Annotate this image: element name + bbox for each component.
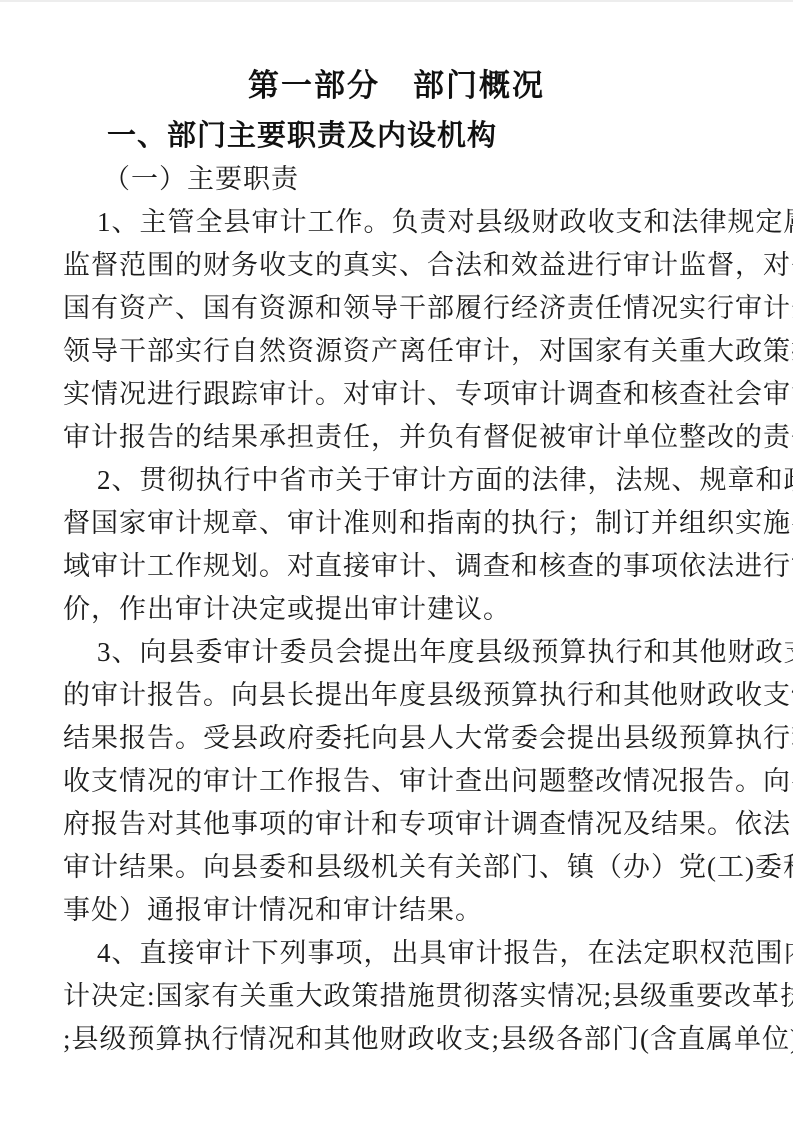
paragraph-line: 审计结果。向县委和县级机关有关部门、镇（办）党(工)委和政府（办 bbox=[63, 846, 730, 889]
paragraph-line: 实情况进行跟踪审计。对审计、专项审计调查和核查社会审计机构相关 bbox=[63, 373, 730, 416]
paragraph-line: 审计报告的结果承担责任，并负有督促被审计单位整改的责任。 bbox=[63, 416, 730, 459]
section-heading: 一、部门主要职责及内设机构 bbox=[63, 115, 730, 158]
paragraph-line: 1、主管全县审计工作。负责对县级财政收支和法律规定属于审计 bbox=[63, 201, 730, 244]
paragraph-line: ;县级预算执行情况和其他财政收支;县级各部门(含直属单位)预算执行 bbox=[63, 1018, 730, 1061]
paragraph-line: 领导干部实行自然资源资产离任审计，对国家有关重大政策措施贯彻落 bbox=[63, 330, 730, 373]
paragraph: 3、向县委审计委员会提出年度县级预算执行和其他财政支出情况的审计报告。向县长提出… bbox=[63, 631, 730, 932]
paragraph-line: 收支情况的审计工作报告、审计查出问题整改情况报告。向县委、县政 bbox=[63, 760, 730, 803]
document-page: 第一部分 部门概况 一、部门主要职责及内设机构 （一）主要职责 1、主管全县审计… bbox=[0, 0, 793, 1122]
paragraph-line: 计决定:国家有关重大政策措施贯彻落实情况;县级重要改革执行情况 bbox=[63, 975, 730, 1018]
paragraph-line: 督国家审计规章、审计准则和指南的执行；制订并组织实施县级专业领 bbox=[63, 502, 730, 545]
paragraph-line: 3、向县委审计委员会提出年度县级预算执行和其他财政支出情况 bbox=[63, 631, 730, 674]
paragraph-line: 府报告对其他事项的审计和专项审计调查情况及结果。依法向社会公布 bbox=[63, 803, 730, 846]
paragraph-line: 2、贯彻执行中省市关于审计方面的法律，法规、规章和政策；监 bbox=[63, 459, 730, 502]
paragraph: 2、贯彻执行中省市关于审计方面的法律，法规、规章和政策；监督国家审计规章、审计准… bbox=[63, 459, 730, 631]
paragraph: 1、主管全县审计工作。负责对县级财政收支和法律规定属于审计监督范围的财务收支的真… bbox=[63, 201, 730, 459]
subsection-heading: （一）主要职责 bbox=[63, 158, 730, 201]
paragraph-line: 域审计工作规划。对直接审计、调查和核查的事项依法进行审计评 bbox=[63, 545, 730, 588]
paragraph-line: 监督范围的财务收支的真实、合法和效益进行审计监督，对公共资金、 bbox=[63, 244, 730, 287]
paragraph-line: 事处）通报审计情况和审计结果。 bbox=[63, 889, 730, 932]
paragraph-line: 价，作出审计决定或提出审计建议。 bbox=[63, 588, 730, 631]
paragraph-line: 结果报告。受县政府委托向县人大常委会提出县级预算执行和其他财政 bbox=[63, 717, 730, 760]
paragraph-line: 国有资产、国有资源和领导干部履行经济责任情况实行审计全覆盖，对 bbox=[63, 287, 730, 330]
paragraph: 4、直接审计下列事项，出具审计报告，在法定职权范围内作出审计决定:国家有关重大政… bbox=[63, 932, 730, 1061]
document-body: 1、主管全县审计工作。负责对县级财政收支和法律规定属于审计监督范围的财务收支的真… bbox=[63, 201, 730, 1061]
paragraph-line: 4、直接审计下列事项，出具审计报告，在法定职权范围内作出审 bbox=[63, 932, 730, 975]
page-title: 第一部分 部门概况 bbox=[0, 2, 793, 103]
paragraph-line: 的审计报告。向县长提出年度县级预算执行和其他财政收支情况的审计 bbox=[63, 674, 730, 717]
